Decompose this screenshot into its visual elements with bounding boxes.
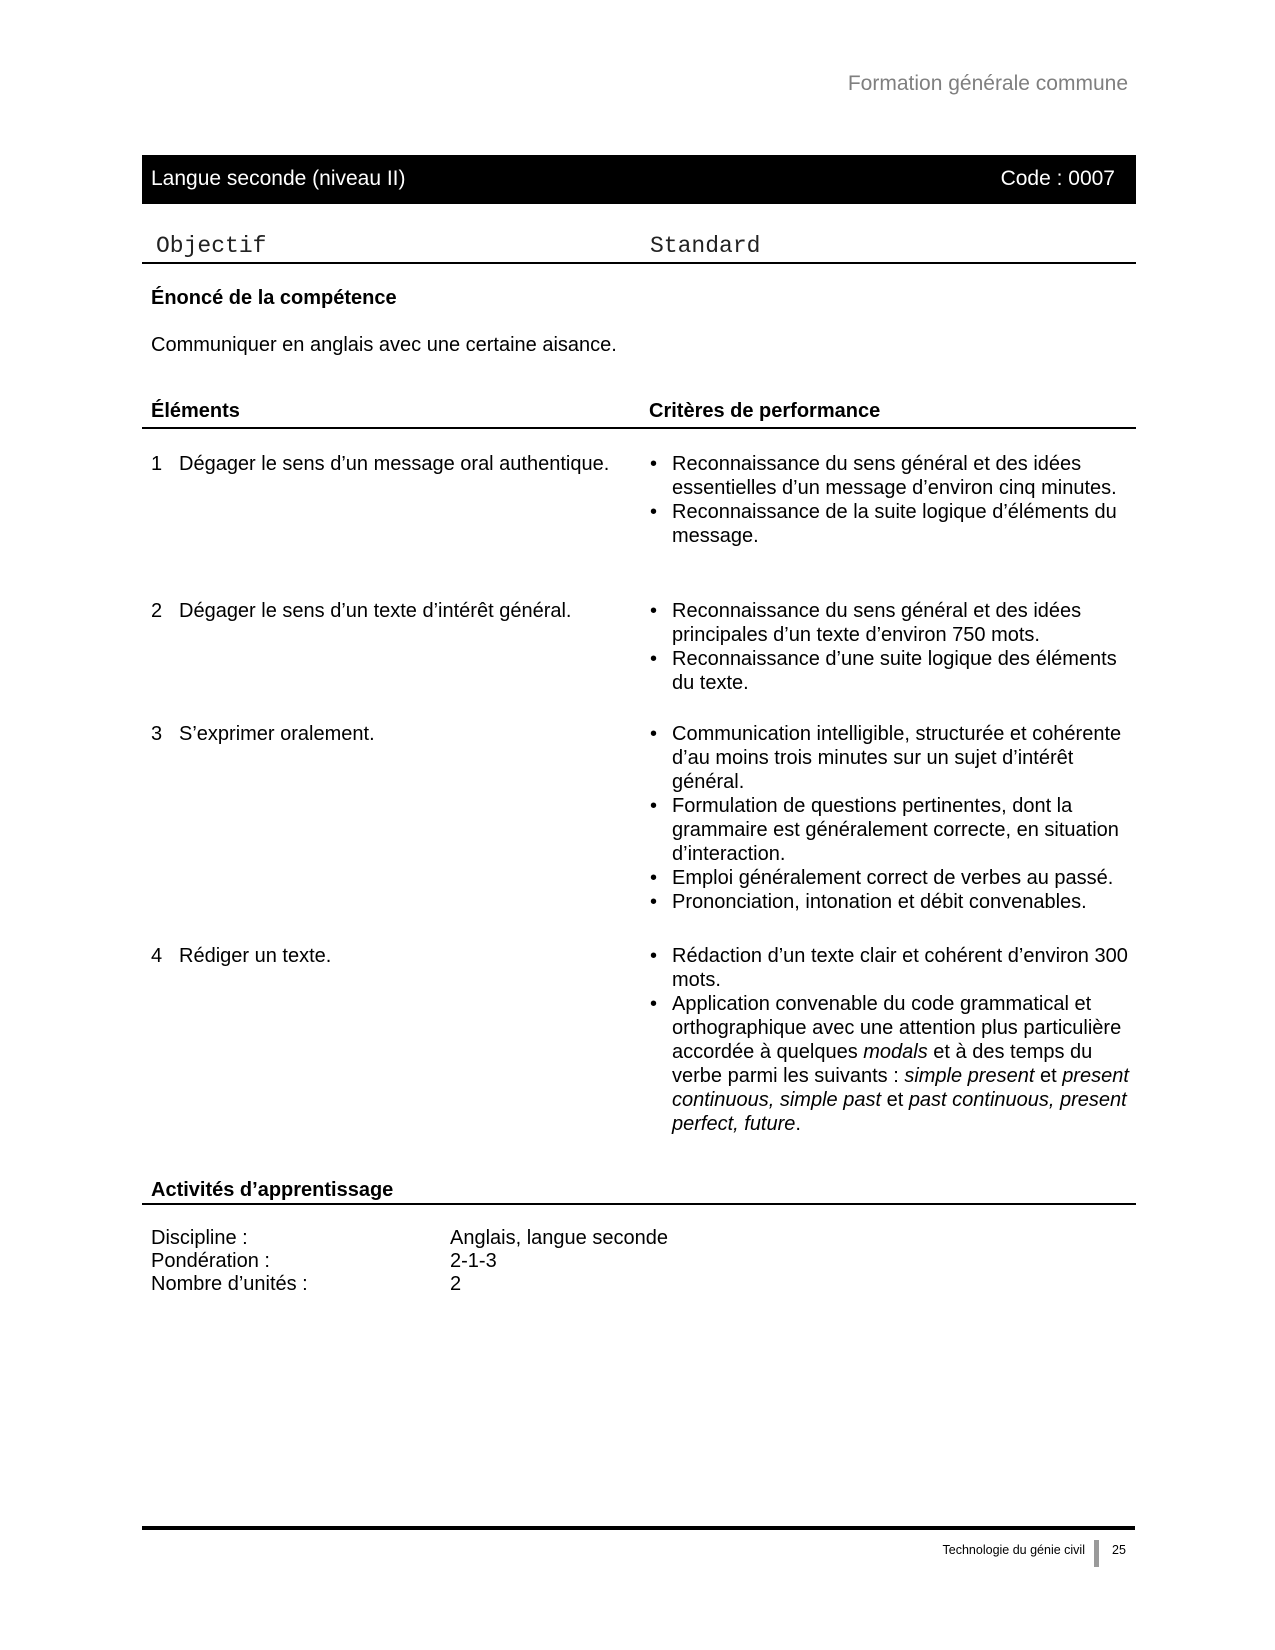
criterion-item: Communication intelligible, structurée e… (648, 722, 1138, 794)
criterion-item: Emploi généralement correct de verbes au… (648, 866, 1138, 890)
criteria-list: Reconnaissance du sens général et des id… (648, 452, 1138, 548)
competence-statement: Communiquer en anglais avec une certaine… (151, 334, 617, 357)
criterion-item: Reconnaissance du sens général et des id… (648, 452, 1138, 500)
element-text: Dégager le sens d’un texte d’intérêt gén… (179, 600, 571, 622)
criteria-list: Rédaction d’un texte clair et cohérent d… (648, 944, 1138, 1136)
element-number: 2 (151, 599, 179, 623)
criterion-item: Application convenable du code grammatic… (648, 992, 1138, 1136)
activity-label: Pondération : (151, 1250, 270, 1272)
activity-value: 2 (450, 1273, 461, 1296)
criterion-item: Prononciation, intonation et débit conve… (648, 890, 1138, 914)
criterion-item: Reconnaissance du sens général et des id… (648, 599, 1138, 647)
element-item: 1Dégager le sens d’un message oral authe… (151, 452, 609, 476)
activity-row: Pondération :2-1-3 (151, 1250, 270, 1273)
element-number: 4 (151, 944, 179, 968)
footer-rule (142, 1526, 1135, 1530)
activity-row: Discipline :Anglais, langue seconde (151, 1227, 248, 1250)
footer-program: Technologie du génie civil (943, 1543, 1085, 1557)
standard-label: Standard (650, 233, 760, 259)
page-number: 25 (1112, 1543, 1126, 1557)
activity-row: Nombre d’unités :2 (151, 1273, 308, 1296)
activity-value: Anglais, langue seconde (450, 1227, 668, 1250)
element-number: 1 (151, 452, 179, 476)
activity-label: Discipline : (151, 1227, 248, 1249)
element-item: 3S’exprimer oralement. (151, 722, 375, 746)
activity-label: Nombre d’unités : (151, 1273, 308, 1295)
element-text: S’exprimer oralement. (179, 723, 375, 745)
course-title: Langue seconde (niveau II) (151, 167, 406, 191)
criterion-item: Rédaction d’un texte clair et cohérent d… (648, 944, 1138, 992)
element-text: Rédiger un texte. (179, 945, 331, 967)
element-text: Dégager le sens d’un message oral authen… (179, 453, 609, 475)
element-item: 2Dégager le sens d’un texte d’intérêt gé… (151, 599, 571, 623)
activities-heading: Activités d’apprentissage (151, 1179, 393, 1202)
criterion-item: Formulation de questions pertinentes, do… (648, 794, 1138, 866)
course-code: Code : 0007 (1001, 167, 1115, 191)
footer-separator (1094, 1540, 1099, 1567)
element-number: 3 (151, 722, 179, 746)
element-item: 4Rédiger un texte. (151, 944, 331, 968)
elements-header: Éléments (151, 400, 240, 423)
course-title-band: Langue seconde (niveau II) Code : 0007 (142, 155, 1136, 204)
criteria-list: Reconnaissance du sens général et des id… (648, 599, 1138, 695)
divider (142, 1203, 1136, 1205)
divider (142, 262, 1136, 264)
criteria-header: Critères de performance (649, 400, 880, 423)
criteria-list: Communication intelligible, structurée e… (648, 722, 1138, 914)
criterion-item: Reconnaissance de la suite logique d’élé… (648, 500, 1138, 548)
objectif-label: Objectif (156, 233, 266, 259)
activity-value: 2-1-3 (450, 1250, 497, 1273)
competence-heading: Énoncé de la compétence (151, 287, 397, 310)
criterion-item: Reconnaissance d’une suite logique des é… (648, 647, 1138, 695)
running-head: Formation générale commune (848, 72, 1128, 96)
divider (142, 427, 1136, 429)
